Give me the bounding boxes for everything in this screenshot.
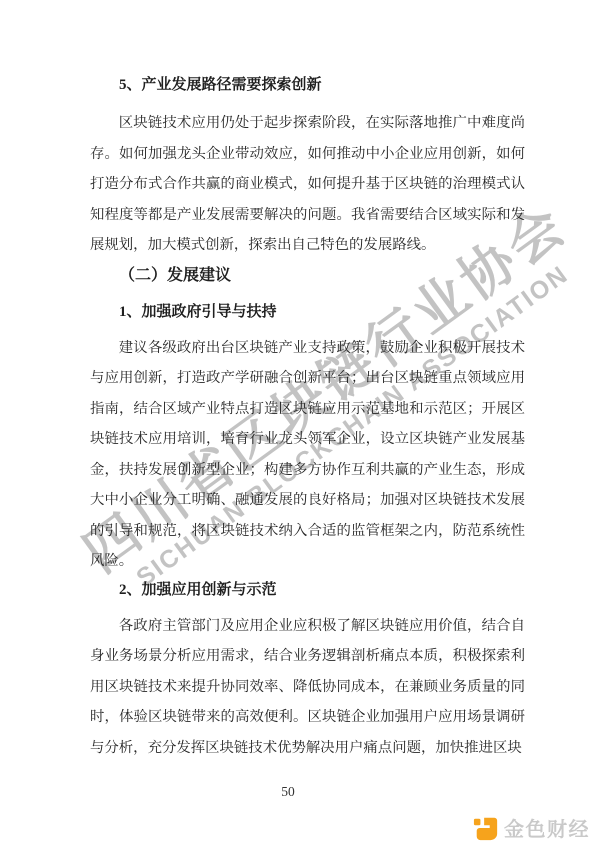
- paragraph-application-innovation: 各政府主管部门及应用企业应积极了解区块链应用价值，结合自身业务场景分析应用需求，…: [90, 611, 525, 764]
- document-page: 四川省区块链行业协会 SICHUAN BLOCKCHAIN ASSOCIATIO…: [0, 0, 600, 849]
- document-content: 5、产业发展路径需要探索创新 区块链技术应用仍处于起步探索阶段，在实际落地推广中…: [0, 0, 600, 763]
- jinse-caijing-logo-label: 金色财经: [504, 813, 590, 842]
- section-heading-application: 2、加强应用创新与示范: [119, 579, 525, 601]
- section-heading-suggestions: （二）发展建议: [119, 265, 525, 287]
- jinse-caijing-logo-icon: [473, 814, 499, 842]
- section-heading-government: 1、加强政府引导与扶持: [119, 301, 525, 323]
- jinse-caijing-logo: 金色财经: [473, 813, 590, 842]
- paragraph-government-support: 建议各级政府出台区块链产业支持政策，鼓励企业积极开展技术与应用创新，打造政产学研…: [90, 333, 525, 577]
- paragraph-industry-path: 区块链技术应用仍处于起步探索阶段，在实际落地推广中难度尚存。如何加强龙头企业带动…: [90, 108, 525, 261]
- section-heading-5: 5、产业发展路径需要探索创新: [119, 74, 525, 96]
- page-number: 50: [0, 784, 588, 800]
